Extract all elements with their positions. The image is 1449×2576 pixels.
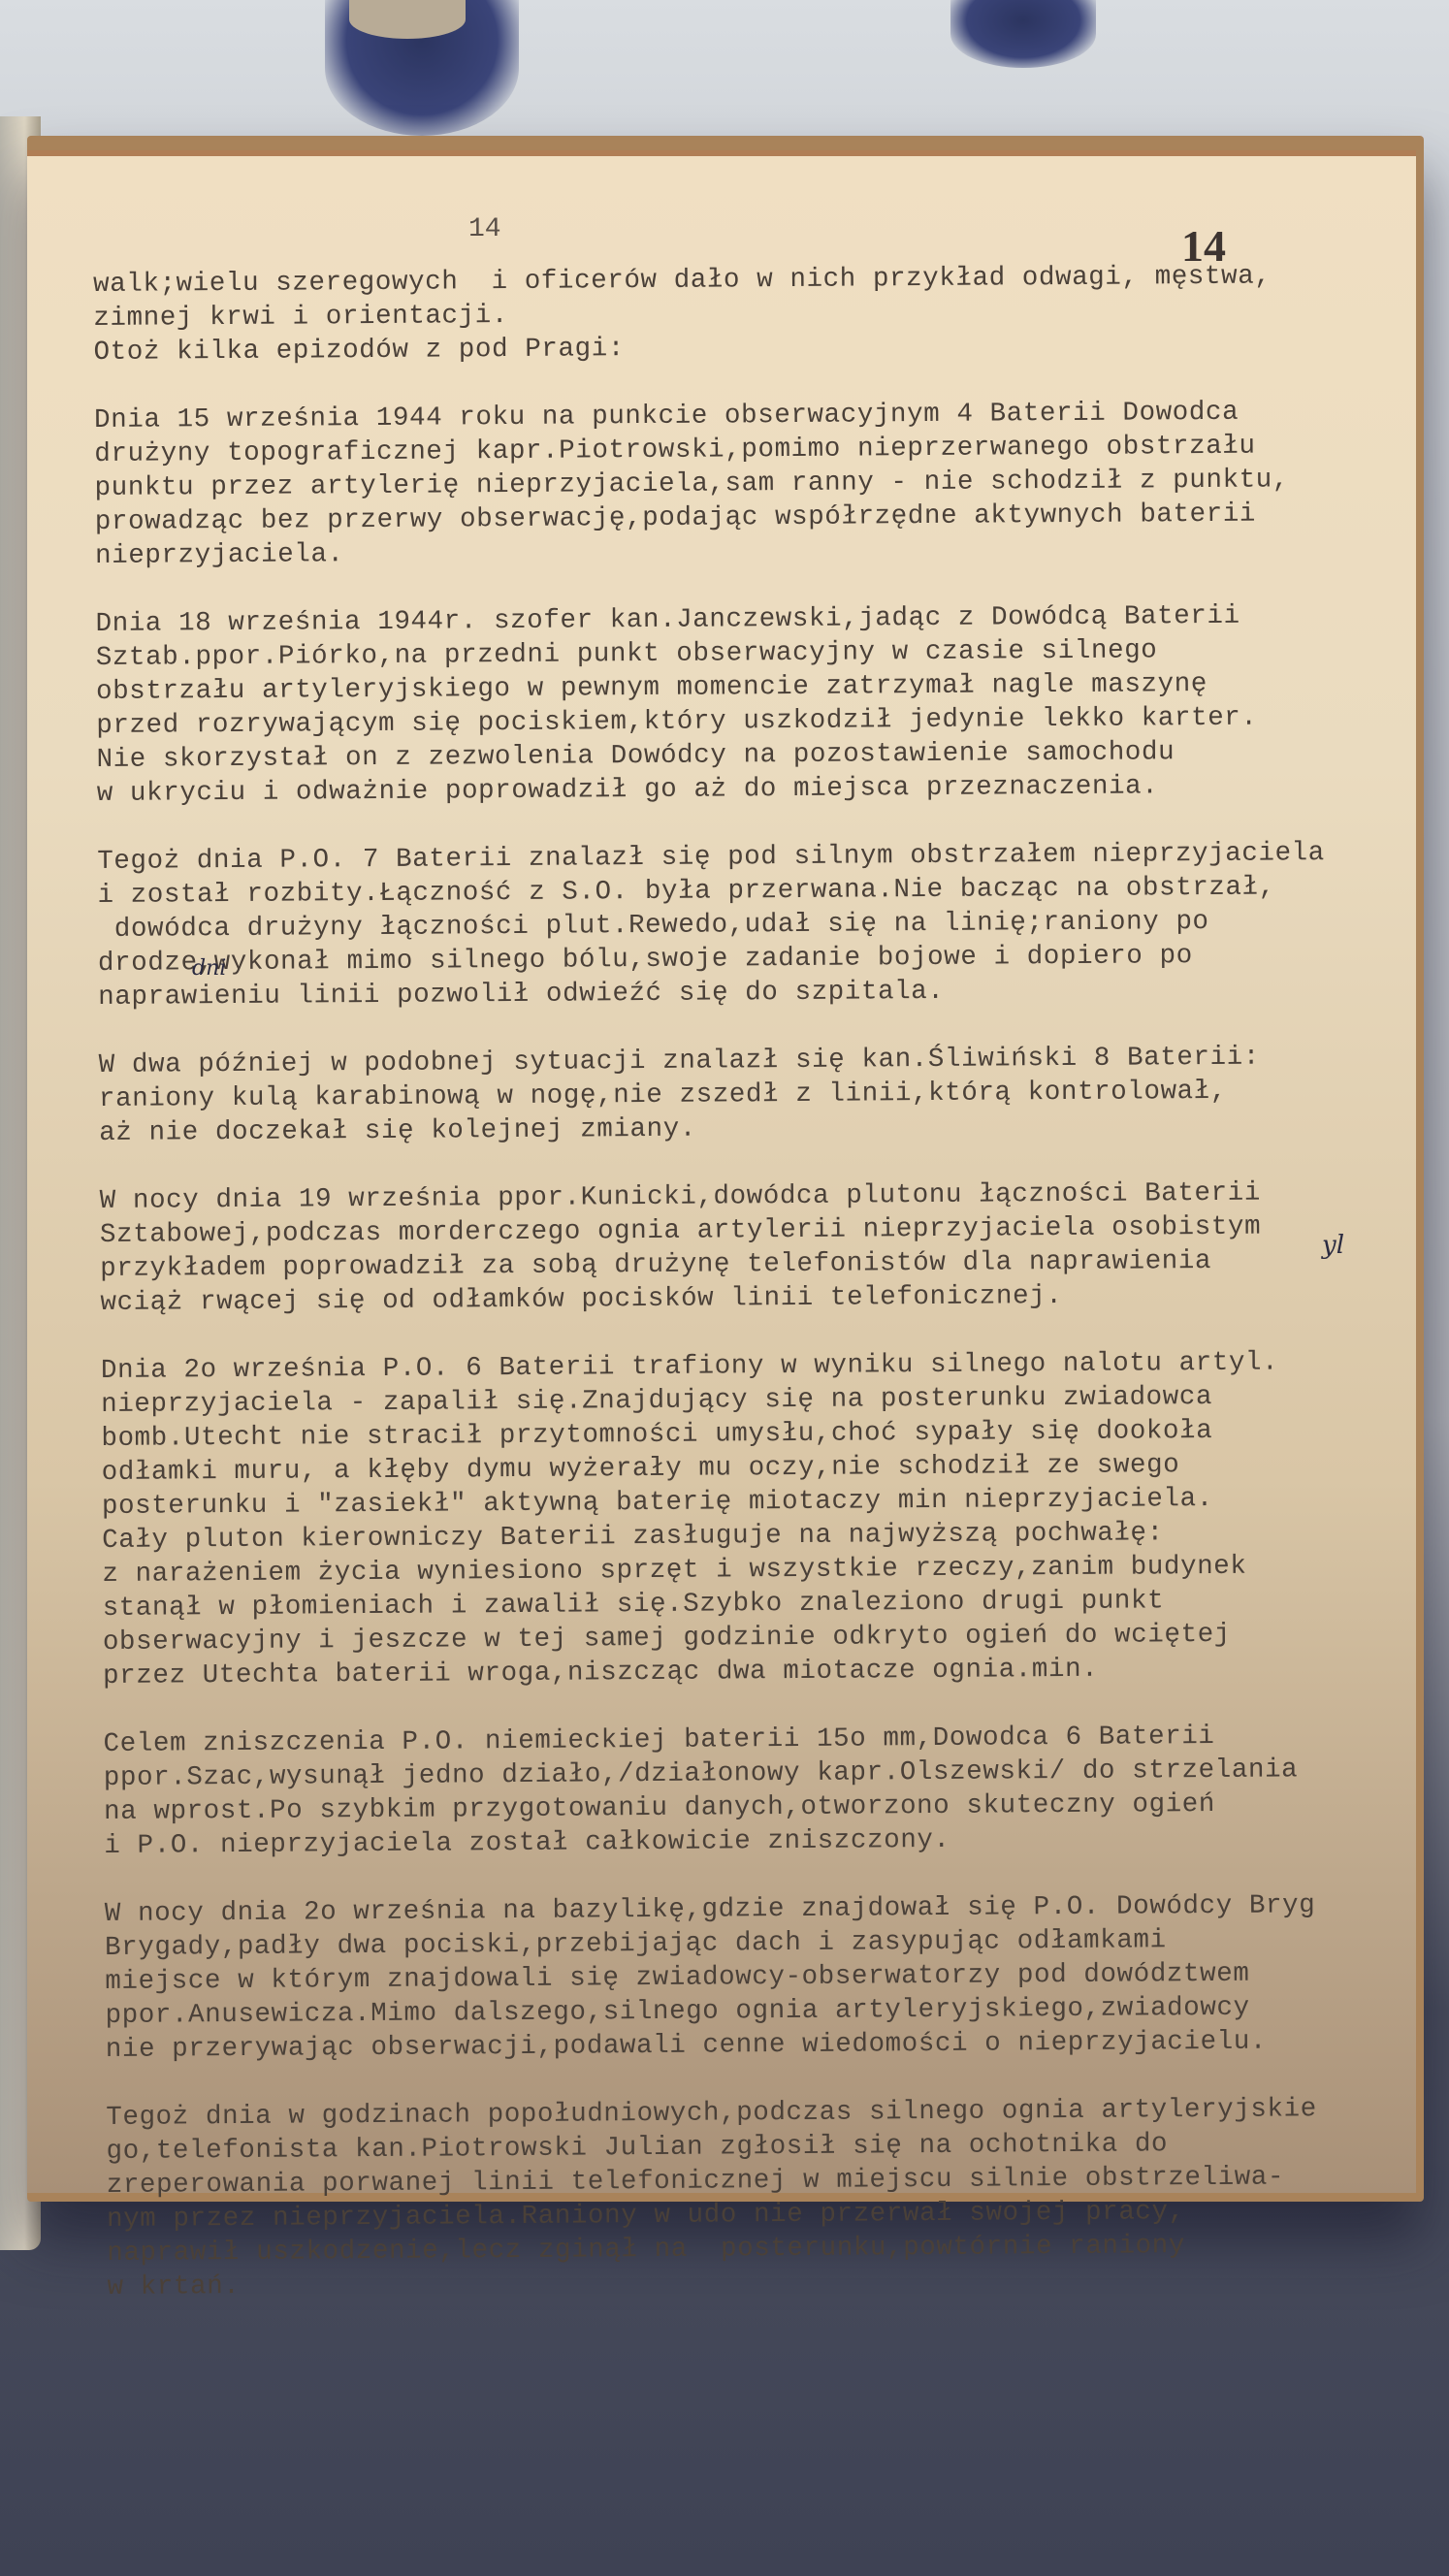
paragraph-basilica: W nocy dnia 2o września na bazylikę,gdzi… <box>105 1887 1434 2067</box>
page-body: walk;wielu szeregowych i oficerów dało w… <box>93 258 1436 2338</box>
paragraph-intro: walk;wielu szeregowych i oficerów dało w… <box>93 258 1423 370</box>
paragraph-sep15: Dnia 15 września 1944 roku na punkcie ob… <box>94 394 1424 573</box>
background-object-shadow <box>325 0 519 136</box>
paragraph-destroy: Celem zniszczenia P.O. niemieckiej bater… <box>104 1718 1433 1863</box>
paragraph-sep20: Dnia 2o września P.O. 6 Baterii trafiony… <box>101 1344 1432 1693</box>
handwritten-note-artyl: yl <box>1322 1231 1344 1260</box>
paragraph-twodays: W dwa później w podobnej sytuacji znalaz… <box>99 1039 1429 1150</box>
paragraph-sep18b: Tegoż dnia P.O. 7 Baterii znalazł się po… <box>97 835 1427 1014</box>
paragraph-afternoon: Tegoż dnia w godzinach popołudniowych,po… <box>106 2091 1435 2304</box>
paragraph-sep18: Dnia 18 września 1944r. szofer kan.Jancz… <box>95 597 1425 811</box>
page-number-typed: 14 <box>468 214 501 244</box>
typewritten-page: 14 14 walk;wielu szeregowych i oficerów … <box>27 150 1416 2193</box>
handwritten-note-dni: dni <box>192 956 226 981</box>
background-object-shadow <box>950 0 1096 68</box>
paragraph-sep19: W nocy dnia 19 września ppor.Kunicki,dow… <box>100 1175 1430 1320</box>
